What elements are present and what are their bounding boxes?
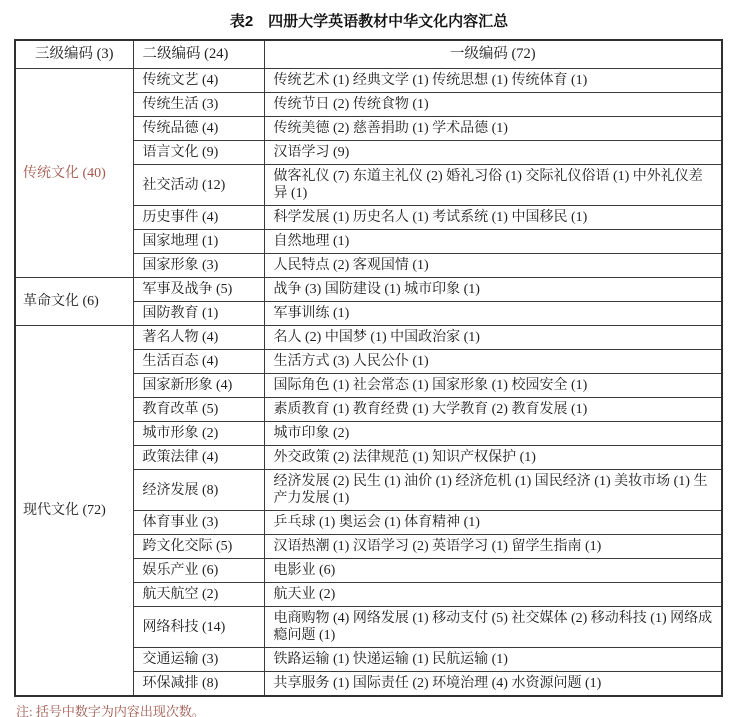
header-level3-coding: 三级编码 (3) xyxy=(15,40,133,69)
level1-items-cell: 战争 (3) 国防建设 (1) 城市印象 (1) xyxy=(264,278,722,302)
level1-items-cell: 自然地理 (1) xyxy=(264,230,722,254)
level2-category-cell: 国家形象 (3) xyxy=(133,254,264,278)
level3-group-label: 现代文化 (72) xyxy=(15,326,133,697)
level2-category-cell: 著名人物 (4) xyxy=(133,326,264,350)
level3-group-label: 革命文化 (6) xyxy=(15,278,133,326)
level2-category-cell: 国家新形象 (4) xyxy=(133,374,264,398)
header-level1-coding: 一级编码 (72) xyxy=(264,40,722,69)
level2-category-cell: 城市形象 (2) xyxy=(133,422,264,446)
level1-items-cell: 城市印象 (2) xyxy=(264,422,722,446)
level2-category-cell: 语言文化 (9) xyxy=(133,141,264,165)
level2-category-cell: 国防教育 (1) xyxy=(133,302,264,326)
level1-items-cell: 素质教育 (1) 教育经费 (1) 大学教育 (2) 教育发展 (1) xyxy=(264,398,722,422)
level2-category-cell: 跨文化交际 (5) xyxy=(133,535,264,559)
table-row: 现代文化 (72)著名人物 (4)名人 (2) 中国梦 (1) 中国政治家 (1… xyxy=(15,326,722,350)
level2-category-cell: 娱乐产业 (6) xyxy=(133,559,264,583)
level1-items-cell: 军事训练 (1) xyxy=(264,302,722,326)
level2-category-cell: 教育改革 (5) xyxy=(133,398,264,422)
level1-items-cell: 外交政策 (2) 法律规范 (1) 知识产权保护 (1) xyxy=(264,446,722,470)
level1-items-cell: 国际角色 (1) 社会常态 (1) 国家形象 (1) 校园安全 (1) xyxy=(264,374,722,398)
level2-category-cell: 国家地理 (1) xyxy=(133,230,264,254)
table-title: 表2 四册大学英语教材中华文化内容汇总 xyxy=(14,6,724,39)
level2-category-cell: 环保减排 (8) xyxy=(133,672,264,697)
level1-items-cell: 汉语热潮 (1) 汉语学习 (2) 英语学习 (1) 留学生指南 (1) xyxy=(264,535,722,559)
level1-items-cell: 传统节日 (2) 传统食物 (1) xyxy=(264,93,722,117)
footnote: 注: 括号中数字为内容出现次数。 xyxy=(14,697,724,717)
level2-category-cell: 体育事业 (3) xyxy=(133,511,264,535)
level1-items-cell: 电影业 (6) xyxy=(264,559,722,583)
level2-category-cell: 网络科技 (14) xyxy=(133,607,264,648)
document-page: 表2 四册大学英语教材中华文化内容汇总 三级编码 (3) 二级编码 (24) 一… xyxy=(0,0,734,717)
level1-items-cell: 铁路运输 (1) 快递运输 (1) 民航运输 (1) xyxy=(264,648,722,672)
level2-category-cell: 交通运输 (3) xyxy=(133,648,264,672)
level2-category-cell: 传统文艺 (4) xyxy=(133,69,264,93)
level1-items-cell: 汉语学习 (9) xyxy=(264,141,722,165)
level2-category-cell: 传统品德 (4) xyxy=(133,117,264,141)
table-body: 传统文化 (40)传统文艺 (4)传统艺术 (1) 经典文学 (1) 传统思想 … xyxy=(15,69,722,697)
level1-items-cell: 做客礼仪 (7) 东道主礼仪 (2) 婚礼习俗 (1) 交际礼仪俗语 (1) 中… xyxy=(264,165,722,206)
level1-items-cell: 乒乓球 (1) 奥运会 (1) 体育精神 (1) xyxy=(264,511,722,535)
level1-items-cell: 名人 (2) 中国梦 (1) 中国政治家 (1) xyxy=(264,326,722,350)
table-row: 革命文化 (6)军事及战争 (5)战争 (3) 国防建设 (1) 城市印象 (1… xyxy=(15,278,722,302)
level2-category-cell: 军事及战争 (5) xyxy=(133,278,264,302)
header-level2-coding: 二级编码 (24) xyxy=(133,40,264,69)
level1-items-cell: 人民特点 (2) 客观国情 (1) xyxy=(264,254,722,278)
level2-category-cell: 政策法律 (4) xyxy=(133,446,264,470)
level1-items-cell: 航天业 (2) xyxy=(264,583,722,607)
level2-category-cell: 社交活动 (12) xyxy=(133,165,264,206)
level1-items-cell: 科学发展 (1) 历史名人 (1) 考试系统 (1) 中国移民 (1) xyxy=(264,206,722,230)
table-row: 传统文化 (40)传统文艺 (4)传统艺术 (1) 经典文学 (1) 传统思想 … xyxy=(15,69,722,93)
table-header-row: 三级编码 (3) 二级编码 (24) 一级编码 (72) xyxy=(15,40,722,69)
level1-items-cell: 电商购物 (4) 网络发展 (1) 移动支付 (5) 社交媒体 (2) 移动科技… xyxy=(264,607,722,648)
level1-items-cell: 生活方式 (3) 人民公仆 (1) xyxy=(264,350,722,374)
culture-summary-table: 三级编码 (3) 二级编码 (24) 一级编码 (72) 传统文化 (40)传统… xyxy=(14,39,723,697)
level2-category-cell: 生活百态 (4) xyxy=(133,350,264,374)
level2-category-cell: 经济发展 (8) xyxy=(133,470,264,511)
level1-items-cell: 传统艺术 (1) 经典文学 (1) 传统思想 (1) 传统体育 (1) xyxy=(264,69,722,93)
level1-items-cell: 传统美德 (2) 慈善捐助 (1) 学术品德 (1) xyxy=(264,117,722,141)
level1-items-cell: 经济发展 (2) 民生 (1) 油价 (1) 经济危机 (1) 国民经济 (1)… xyxy=(264,470,722,511)
level2-category-cell: 历史事件 (4) xyxy=(133,206,264,230)
level1-items-cell: 共享服务 (1) 国际责任 (2) 环境治理 (4) 水资源问题 (1) xyxy=(264,672,722,697)
level2-category-cell: 传统生活 (3) xyxy=(133,93,264,117)
level2-category-cell: 航天航空 (2) xyxy=(133,583,264,607)
level3-group-label: 传统文化 (40) xyxy=(15,69,133,278)
